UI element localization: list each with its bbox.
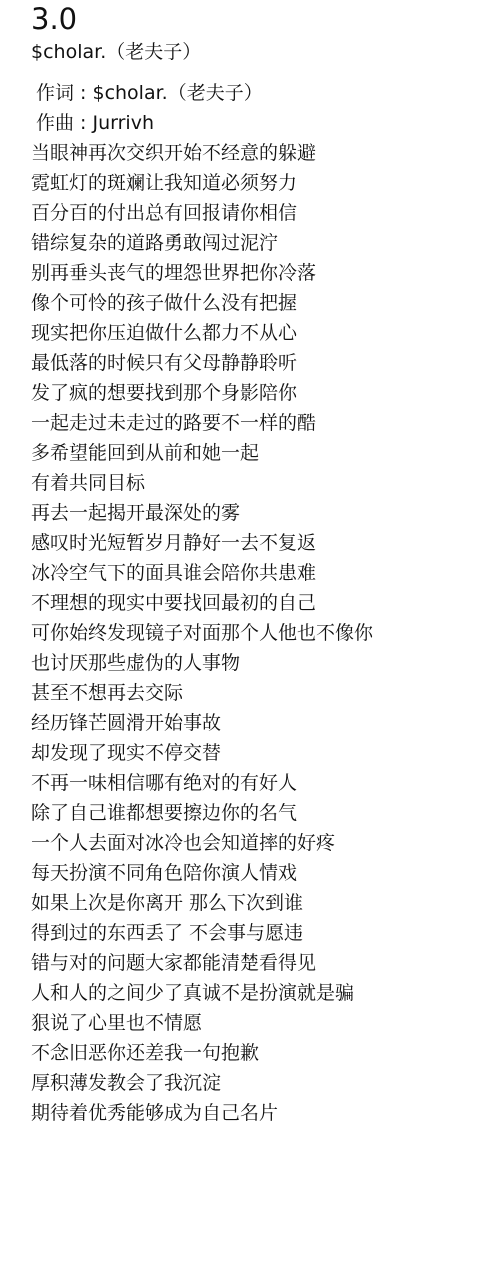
lyric-line: 不念旧恶你还差我一句抱歉 — [31, 1040, 373, 1070]
lyric-line: 百分百的付出总有回报请你相信 — [31, 200, 373, 230]
lyric-line: 期待着优秀能够成为自己名片 — [31, 1100, 373, 1130]
lyrics-list: 当眼神再次交织开始不经意的躲避霓虹灯的斑斓让我知道必须努力百分百的付出总有回报请… — [31, 140, 373, 1130]
lyric-line: 别再垂头丧气的埋怨世界把你冷落 — [31, 260, 373, 290]
lyric-line: 甚至不想再去交际 — [31, 680, 373, 710]
lyric-line: 人和人的之间少了真诚不是扮演就是骗 — [31, 980, 373, 1010]
lyric-line: 一起走过未走过的路要不一样的酷 — [31, 410, 373, 440]
lyric-line: 多希望能回到从前和她一起 — [31, 440, 373, 470]
lyric-line: 每天扮演不同角色陪你演人情戏 — [31, 860, 373, 890]
composer-credit: 作曲 : Jurrivh — [36, 111, 154, 135]
lyric-line: 有着共同目标 — [31, 470, 373, 500]
lyric-line: 错综复杂的道路勇敢闯过泥泞 — [31, 230, 373, 260]
lyric-line: 经历锋芒圆滑开始事故 — [31, 710, 373, 740]
lyric-line: 厚积薄发教会了我沉淀 — [31, 1070, 373, 1100]
lyric-line: 霓虹灯的斑斓让我知道必须努力 — [31, 170, 373, 200]
lyric-line: 却发现了现实不停交替 — [31, 740, 373, 770]
artist-name: $cholar.（老夫子） — [31, 40, 201, 64]
lyric-line: 可你始终发现镜子对面那个人他也不像你 — [31, 620, 373, 650]
lyricist-credit: 作词 : $cholar.（老夫子） — [36, 81, 263, 105]
lyric-line: 也讨厌那些虚伪的人事物 — [31, 650, 373, 680]
lyric-line: 当眼神再次交织开始不经意的躲避 — [31, 140, 373, 170]
lyric-line: 现实把你压迫做什么都力不从心 — [31, 320, 373, 350]
lyric-line: 感叹时光短暂岁月静好一去不复返 — [31, 530, 373, 560]
lyric-line: 不理想的现实中要找回最初的自己 — [31, 590, 373, 620]
lyric-line: 如果上次是你离开 那么下次到谁 — [31, 890, 373, 920]
lyric-line: 不再一味相信哪有绝对的有好人 — [31, 770, 373, 800]
lyric-line: 除了自己谁都想要擦边你的名气 — [31, 800, 373, 830]
lyric-line: 错与对的问题大家都能清楚看得见 — [31, 950, 373, 980]
lyric-line: 一个人去面对冰冷也会知道摔的好疼 — [31, 830, 373, 860]
lyric-line: 像个可怜的孩子做什么没有把握 — [31, 290, 373, 320]
song-title: 3.0 — [31, 2, 77, 36]
lyric-line: 发了疯的想要找到那个身影陪你 — [31, 380, 373, 410]
lyric-line: 得到过的东西丢了 不会事与愿违 — [31, 920, 373, 950]
lyric-line: 最低落的时候只有父母静静聆听 — [31, 350, 373, 380]
lyric-line: 冰冷空气下的面具谁会陪你共患难 — [31, 560, 373, 590]
lyric-line: 狠说了心里也不情愿 — [31, 1010, 373, 1040]
lyric-line: 再去一起揭开最深处的雾 — [31, 500, 373, 530]
